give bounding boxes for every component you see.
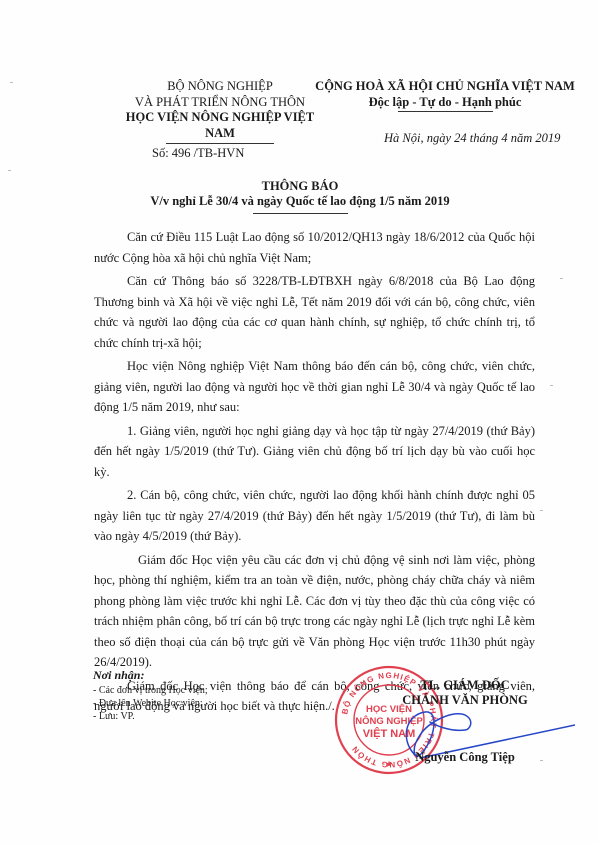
ministry-line-1: BỘ NÔNG NGHIỆP: [110, 79, 330, 95]
recipients-heading: Nơi nhận:: [93, 669, 208, 682]
scan-speck: [540, 510, 543, 511]
recipient-item: - Các đơn vị trong Học viện;: [93, 684, 208, 697]
national-header: CỘNG HOÀ XÃ HỘI CHỦ NGHĨA VIỆT NAM Độc l…: [300, 79, 590, 112]
paragraph: Căn cứ Điều 115 Luật Lao động số 10/2012…: [94, 227, 535, 268]
title-heading: THÔNG BÁO: [150, 179, 450, 194]
document-body: Căn cứ Điều 115 Luật Lao động số 10/2012…: [94, 227, 535, 720]
title-underline: [253, 213, 348, 214]
signature-title-1: TL. GIÁM ĐỐC: [385, 678, 545, 693]
motto-underline: [398, 111, 493, 112]
recipients-block: Nơi nhận: - Các đơn vị trong Học viện; -…: [93, 669, 208, 723]
document-title: THÔNG BÁO V/v nghỉ Lễ 30/4 và ngày Quốc …: [150, 179, 450, 214]
recipient-item: - Lưu: VP.: [93, 710, 208, 723]
issuing-body-header: BỘ NÔNG NGHIỆP VÀ PHÁT TRIỂN NÔNG THÔN H…: [110, 79, 330, 144]
scan-speck: [8, 170, 11, 171]
ministry-line-2: VÀ PHÁT TRIỂN NÔNG THÔN: [110, 95, 330, 111]
national-motto: Độc lập - Tự do - Hạnh phúc: [300, 95, 590, 111]
paragraph: 1. Giảng viên, người học nghỉ giảng dạy …: [94, 421, 535, 483]
country-name: CỘNG HOÀ XÃ HỘI CHỦ NGHĨA VIỆT NAM: [300, 79, 590, 95]
signer-name: Nguyễn Công Tiệp: [385, 750, 545, 765]
recipient-item: - Đưa lên Webite Học viện;: [93, 697, 208, 710]
document-number: Số: 496 /TB-HVN: [152, 146, 244, 161]
place-date: Hà Nội, ngày 24 tháng 4 năm 2019: [384, 131, 560, 146]
header-underline: [166, 143, 274, 144]
paragraph: Căn cứ Thông báo số 3228/TB-LĐTBXH ngày …: [94, 271, 535, 353]
institution-name: HỌC VIỆN NÔNG NGHIỆP VIỆT NAM: [110, 110, 330, 141]
scan-speck: [550, 385, 553, 386]
scan-speck: [560, 278, 563, 279]
paragraph: Học viện Nông nghiệp Việt Nam thông báo …: [94, 356, 535, 418]
scan-speck: [540, 760, 543, 761]
document-page: BỘ NÔNG NGHIỆP VÀ PHÁT TRIỂN NÔNG THÔN H…: [0, 0, 598, 844]
title-subject: V/v nghỉ Lễ 30/4 và ngày Quốc tế lao độn…: [150, 194, 450, 209]
scan-speck: [10, 82, 13, 83]
paragraph: 2. Cán bộ, công chức, viên chức, người l…: [94, 485, 535, 547]
paragraph: Giám đốc Học viện yêu cầu các đơn vị chủ…: [94, 550, 535, 673]
